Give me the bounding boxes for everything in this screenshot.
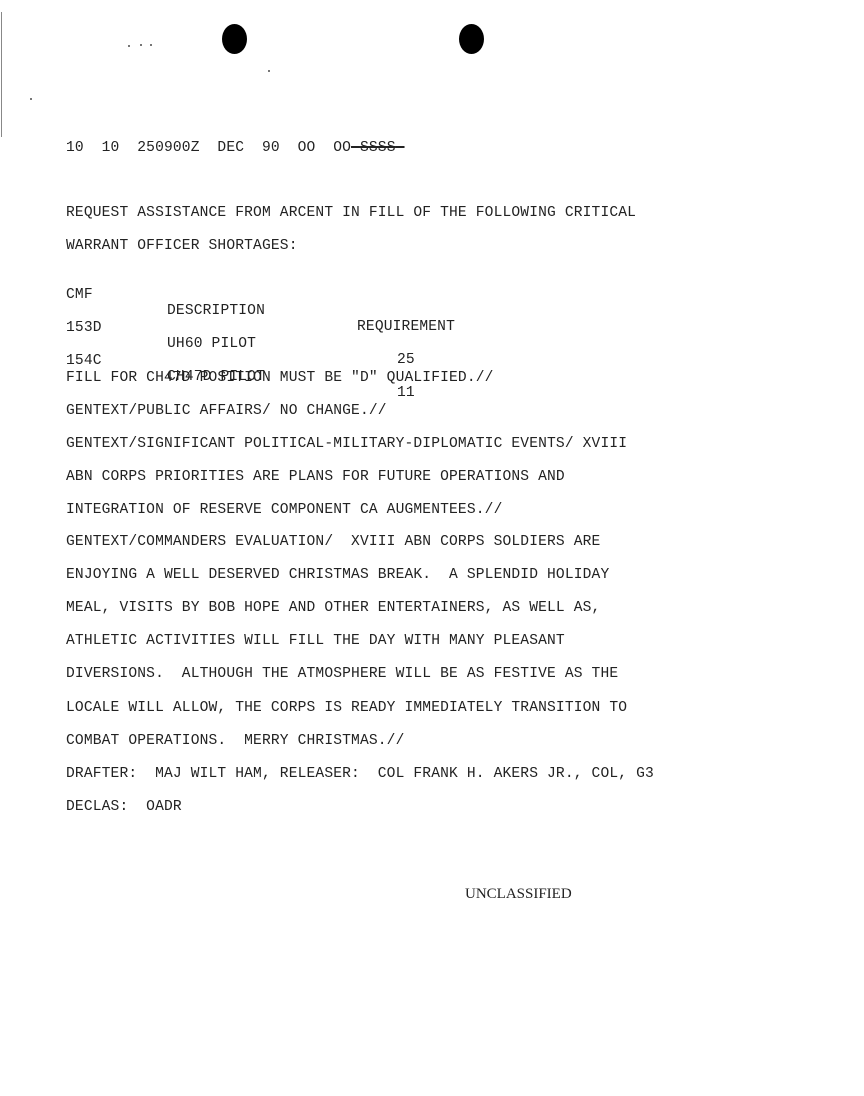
- struck-classification: —SSSS—: [351, 140, 404, 156]
- classification-marking: UNCLASSIFIED: [465, 886, 572, 903]
- scan-speck: [30, 98, 32, 100]
- cmf-cell: 154C: [66, 353, 102, 369]
- body-line: MEAL, VISITS BY BOB HOPE AND OTHER ENTER…: [66, 600, 600, 616]
- punch-hole-right: [459, 24, 484, 54]
- body-line: GENTEXT/SIGNIFICANT POLITICAL-MILITARY-D…: [66, 436, 627, 452]
- punch-hole-left: [222, 24, 247, 54]
- scan-edge: [1, 12, 2, 137]
- scan-speck: [128, 45, 130, 47]
- message-header: 10 10 250900Z DEC 90 OO OO—SSSS—: [66, 140, 405, 156]
- body-line: LOCALE WILL ALLOW, THE CORPS IS READY IM…: [66, 700, 627, 716]
- body-line: FILL FOR CH47D POSITION MUST BE "D" QUAL…: [66, 370, 494, 386]
- body-line: ENJOYING A WELL DESERVED CHRISTMAS BREAK…: [66, 567, 609, 583]
- drafter-line: DRAFTER: MAJ WILT HAM, RELEASER: COL FRA…: [66, 766, 654, 782]
- column-header-cmf: CMF: [66, 287, 93, 303]
- body-line: INTEGRATION OF RESERVE COMPONENT CA AUGM…: [66, 502, 502, 518]
- body-line: WARRANT OFFICER SHORTAGES:: [66, 238, 298, 254]
- body-line: DIVERSIONS. ALTHOUGH THE ATMOSPHERE WILL…: [66, 666, 618, 682]
- body-line: GENTEXT/PUBLIC AFFAIRS/ NO CHANGE.//: [66, 403, 387, 419]
- dtg-line: 10 10 250900Z DEC 90 OO OO: [66, 140, 351, 156]
- requirement-cell: 11: [397, 385, 415, 401]
- scan-speck: [268, 70, 270, 72]
- description-cell: UH60 PILOT: [167, 336, 256, 352]
- column-header-description: DESCRIPTION: [167, 303, 265, 319]
- requirement-cell: 25: [397, 352, 415, 368]
- body-line: GENTEXT/COMMANDERS EVALUATION/ XVIII ABN…: [66, 534, 600, 550]
- body-line: COMBAT OPERATIONS. MERRY CHRISTMAS.//: [66, 733, 405, 749]
- document-page: 10 10 250900Z DEC 90 OO OO—SSSS— REQUEST…: [0, 0, 864, 1096]
- cmf-cell: 153D: [66, 320, 102, 336]
- body-line: REQUEST ASSISTANCE FROM ARCENT IN FILL O…: [66, 205, 636, 221]
- declas-line: DECLAS: OADR: [66, 799, 182, 815]
- column-header-requirement: REQUIREMENT: [357, 319, 455, 335]
- scan-speck: [150, 44, 152, 46]
- body-line: ABN CORPS PRIORITIES ARE PLANS FOR FUTUR…: [66, 469, 565, 485]
- body-line: ATHLETIC ACTIVITIES WILL FILL THE DAY WI…: [66, 633, 565, 649]
- scan-speck: [140, 44, 142, 46]
